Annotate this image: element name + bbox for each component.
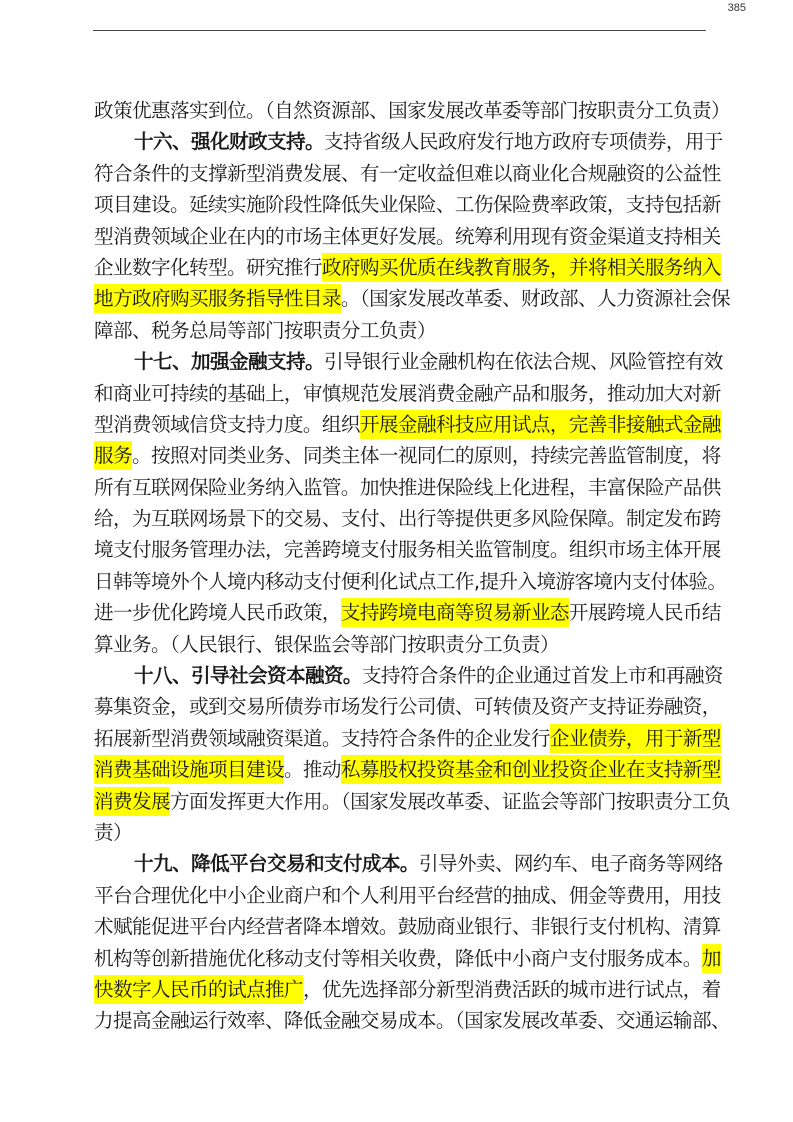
highlighted-text: 消费基础设施项目建设	[94, 755, 284, 784]
text-line: 日韩等境外个人境内移动支付便利化试点工作,提升入境游客境内支付体验。	[94, 566, 714, 597]
text-line: 企业数字化转型。研究推行政府购买优质在线教育服务，并将相关服务纳入	[94, 252, 714, 283]
body-text-segment: 募集资金，或到交易所债券市场发行公司债、可转债及资产支持证券融资，	[94, 695, 721, 718]
text-line: 进一步优化跨境人民币政策，支持跨境电商等贸易新业态开展跨境人民币结	[94, 597, 714, 628]
section-heading: 十七、加强金融支持。	[134, 350, 324, 373]
highlighted-text: 开展金融科技应用试点，完善非接触式金融	[360, 410, 721, 439]
body-text-segment: 方面发挥更大作用。（国家发展改革委、证监会等部门按职责分工负	[170, 790, 730, 813]
text-line: 平台合理优化中小企业商户和个人利用平台经营的抽成、佣金等费用，用技	[94, 880, 714, 911]
text-line: 十九、降低平台交易和支付成本。引导外卖、网约车、电子商务等网络	[94, 848, 714, 879]
highlighted-text: 政府购买优质在线教育服务，并将相关服务纳入	[322, 253, 721, 282]
text-line: 十七、加强金融支持。引导银行业金融机构在依法合规、风险管控有效	[94, 346, 714, 377]
text-line: 型消费领域企业在内的市场主体更好发展。统筹利用现有资金渠道支持相关	[94, 221, 714, 252]
body-text-segment: 平台合理优化中小企业商户和个人利用平台经营的抽成、佣金等费用，用技	[94, 884, 721, 907]
body-text-segment: 。推动	[284, 758, 341, 781]
highlighted-text: 私募股权投资基金和创业投资企业在支持新型	[341, 755, 721, 784]
highlighted-text: 服务	[94, 441, 132, 470]
highlighted-text: 消费发展	[94, 787, 170, 816]
text-line: 力提高金融运行效率、降低金融交易成本。（国家发展改革委、交通运输部、	[94, 1005, 714, 1036]
body-text-segment: 。（国家发展改革委、财政部、人力资源社会保	[341, 287, 730, 310]
text-line: 符合条件的支撑新型消费发展、有一定收益但难以商业化合规融资的公益性	[94, 158, 714, 189]
body-text-segment: 日韩等境外个人境内移动支付便利化试点工作,提升入境游客境内支付体验。	[94, 570, 726, 593]
body-text-segment: 开展跨境人民币结	[569, 601, 721, 624]
body-text-segment: 境支付服务管理办法，完善跨境支付服务相关监管制度。组织市场主体开展	[94, 538, 721, 561]
body-text-segment: 责）	[94, 821, 132, 844]
text-line: 服务。按照对同类业务、同类主体一视同仁的原则，持续完善监管制度，将	[94, 440, 714, 471]
body-text-segment: 引导银行业金融机构在依法合规、风险管控有效	[324, 350, 723, 373]
body-text-segment: 给，为互联网场景下的交易、支付、出行等提供更多风险保障。制定发布跨	[94, 507, 721, 530]
text-line: 境支付服务管理办法，完善跨境支付服务相关监管制度。组织市场主体开展	[94, 534, 714, 565]
text-line: 消费基础设施项目建设。推动私募股权投资基金和创业投资企业在支持新型	[94, 754, 714, 785]
highlighted-text: 快数字人民币的试点推广	[94, 975, 303, 1004]
section-heading: 十六、强化财政支持。	[134, 130, 324, 153]
body-text-segment: 术赋能促进平台内经营者降本增效。鼓励商业银行、非银行支付机构、清算	[94, 915, 721, 938]
text-line: 消费发展方面发挥更大作用。（国家发展改革委、证监会等部门按职责分工负	[94, 786, 714, 817]
text-line: 地方政府购买服务指导性目录。（国家发展改革委、财政部、人力资源社会保	[94, 283, 714, 314]
text-line: 十八、引导社会资本融资。支持符合条件的企业通过首发上市和再融资	[94, 660, 714, 691]
highlighted-text: 地方政府购买服务指导性目录	[94, 284, 341, 313]
body-text-segment: 力提高金融运行效率、降低金融交易成本。（国家发展改革委、交通运输部、	[94, 1009, 730, 1032]
body-text-segment: 企业数字化转型。研究推行	[94, 256, 322, 279]
document-body: 政策优惠落实到位。（自然资源部、国家发展改革委等部门按职责分工负责）十六、强化财…	[94, 95, 714, 1037]
text-line: 拓展新型消费领域融资渠道。支持符合条件的企业发行企业债券，用于新型	[94, 723, 714, 754]
text-line: 障部、税务总局等部门按职责分工负责）	[94, 315, 714, 346]
text-line: 和商业可持续的基础上，审慎规范发展消费金融产品和服务，推动加大对新	[94, 378, 714, 409]
text-line: 所有互联网保险业务纳入监管。加快推进保险线上化进程，丰富保险产品供	[94, 472, 714, 503]
text-line: 给，为互联网场景下的交易、支付、出行等提供更多风险保障。制定发布跨	[94, 503, 714, 534]
body-text-segment: 引导外卖、网约车、电子商务等网络	[419, 852, 723, 875]
text-line: 快数字人民币的试点推广，优先选择部分新型消费活跃的城市进行试点，着	[94, 974, 714, 1005]
page-number: 385	[728, 2, 746, 14]
body-text-segment: 算业务。（人民银行、银保监会等部门按职责分工负责）	[94, 633, 559, 656]
body-text-segment: 。按照对同类业务、同类主体一视同仁的原则，持续完善监管制度，将	[132, 444, 721, 467]
text-line: 责）	[94, 817, 714, 848]
body-text-segment: 拓展新型消费领域融资渠道。支持符合条件的企业发行	[94, 727, 550, 750]
body-text-segment: ，优先选择部分新型消费活跃的城市进行试点，着	[303, 978, 721, 1001]
body-text-segment: 障部、税务总局等部门按职责分工负责）	[94, 319, 436, 342]
text-line: 术赋能促进平台内经营者降本增效。鼓励商业银行、非银行支付机构、清算	[94, 911, 714, 942]
header-divider	[93, 30, 706, 31]
text-line: 型消费领域信贷支持力度。组织开展金融科技应用试点，完善非接触式金融	[94, 409, 714, 440]
body-text-segment: 支持符合条件的企业通过首发上市和再融资	[362, 664, 723, 687]
body-text-segment: 支持省级人民政府发行地方政府专项债券，用于	[324, 130, 723, 153]
text-line: 项目建设。延续实施阶段性降低失业保险、工伤保险费率政策，支持包括新	[94, 189, 714, 220]
highlighted-text: 企业债券，用于新型	[550, 724, 721, 753]
body-text-segment: 型消费领域信贷支持力度。组织	[94, 413, 360, 436]
body-text-segment: 和商业可持续的基础上，审慎规范发展消费金融产品和服务，推动加大对新	[94, 382, 721, 405]
body-text-segment: 符合条件的支撑新型消费发展、有一定收益但难以商业化合规融资的公益性	[94, 162, 721, 185]
section-heading: 十八、引导社会资本融资。	[134, 664, 362, 687]
highlighted-text: 支持跨境电商等贸易新业态	[341, 598, 569, 627]
body-text-segment: 所有互联网保险业务纳入监管。加快推进保险线上化进程，丰富保险产品供	[94, 476, 721, 499]
body-text-segment: 进一步优化跨境人民币政策，	[94, 601, 341, 624]
body-text-segment: 机构等创新措施优化移动支付等相关收费，降低中小商户支付服务成本。	[94, 947, 702, 970]
body-text-segment: 项目建设。延续实施阶段性降低失业保险、工伤保险费率政策，支持包括新	[94, 193, 721, 216]
section-heading: 十九、降低平台交易和支付成本。	[134, 852, 419, 875]
text-line: 十六、强化财政支持。支持省级人民政府发行地方政府专项债券，用于	[94, 126, 714, 157]
highlighted-text: 加	[702, 944, 721, 973]
body-text-segment: 政策优惠落实到位。（自然资源部、国家发展改革委等部门按职责分工负责）	[94, 99, 730, 122]
text-line: 算业务。（人民银行、银保监会等部门按职责分工负责）	[94, 629, 714, 660]
text-line: 机构等创新措施优化移动支付等相关收费，降低中小商户支付服务成本。加	[94, 943, 714, 974]
body-text-segment: 型消费领域企业在内的市场主体更好发展。统筹利用现有资金渠道支持相关	[94, 225, 721, 248]
text-line: 政策优惠落实到位。（自然资源部、国家发展改革委等部门按职责分工负责）	[94, 95, 714, 126]
text-line: 募集资金，或到交易所债券市场发行公司债、可转债及资产支持证券融资，	[94, 691, 714, 722]
